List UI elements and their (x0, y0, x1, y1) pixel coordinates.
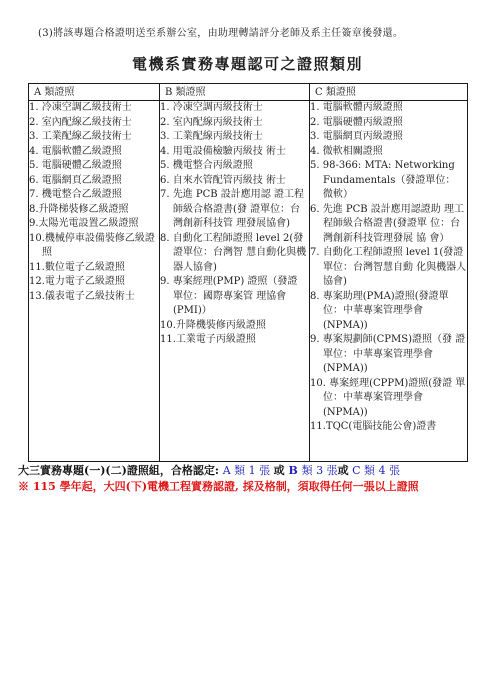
cert-item-b8: 8. 自動化工程師證照 level 2(發證單位：台灣智 慧自動化與機器人協會) (160, 232, 309, 276)
criteria-or-2: 或 (338, 464, 349, 477)
document-page: (3)將該專題合格證明送至系辦公室，由助理轉請評分老師及系主任簽章後發還。 電機… (0, 0, 495, 700)
cert-item-c1: 1. 電腦軟體丙級證照 (310, 101, 467, 116)
pass-criteria-line: 大三實務專題(一)(二)證照組，合格認定: A 類 1 張 或 B 類 3 張或… (18, 463, 488, 479)
criteria-c: C 類 4 張 (349, 464, 400, 477)
cert-item-c3: 3. 電腦網頁丙級證照 (310, 130, 467, 145)
cert-item-a12: 12.電力電子乙級證照 (29, 275, 159, 290)
criteria-b: 類 3 張 (302, 464, 338, 477)
cert-item-c9: 9. 專案規劃師(CPMS)證照（發 證單位：中華專案管理學會 (NPMA)) (310, 333, 467, 377)
cert-item-b7: 7. 先進 PCB 設計應用認 證工程師級合格證書(發 證單位：台灣創新科技管 … (160, 188, 309, 232)
column-header-c: C 類證照 (310, 84, 468, 101)
cert-item-c4: 4. 微軟相關證照 (310, 145, 467, 160)
cert-item-c2: 2. 電腦硬體丙級證照 (310, 116, 467, 131)
cert-item-c10: 10. 專案經理(CPPM)證照(發證 單位：中華專案管理學會 (NPMA)) (310, 377, 467, 421)
column-a-cell: 1. 冷凍空調乙級技術士 2. 室內配線乙級技術士 3. 工業配線乙級技術士 4… (29, 101, 160, 462)
column-header-b: B 類證照 (160, 84, 310, 101)
note-115-academic-year: ※ 115 學年起，大四(下)電機工程實務認證, 採及格制，須取得任何一張以上證… (18, 479, 488, 495)
criteria-a: A 類 1 張 (223, 464, 274, 477)
cert-item-b10: 10.升降機裝修丙級證照 (160, 319, 309, 334)
cert-item-b9: 9. 專案經理(PMP) 證照（發證 單位：國際專案管 理協會 (PMI)） (160, 275, 309, 319)
cert-item-a13: 13.儀表電子乙級技術士 (29, 290, 159, 305)
cert-item-b5: 5. 機電整合丙級證照 (160, 159, 309, 174)
cert-item-a3: 3. 工業配線乙級技術士 (29, 130, 159, 145)
cert-item-b2: 2. 室內配線丙級技術士 (160, 116, 309, 131)
cert-item-b1: 1. 冷凍空調丙級技術士 (160, 101, 309, 116)
cert-item-b6: 6. 自來水管配管丙級技 術士 (160, 174, 309, 189)
cert-item-a8: 8.升降梯裝修乙級證照 (29, 203, 159, 218)
column-c-cell: 1. 電腦軟體丙級證照 2. 電腦硬體丙級證照 3. 電腦網頁丙級證照 4. 微… (310, 101, 468, 462)
column-b-cell: 1. 冷凍空調丙級技術士 2. 室內配線丙級技術士 3. 工業配線丙級技術士 4… (160, 101, 310, 462)
cert-item-a2: 2. 室內配線乙級技術士 (29, 116, 159, 131)
cert-item-c11: 11.TQC(電腦技能公會)證書 (310, 420, 467, 435)
table-header-row: A 類證照 B 類證照 C 類證照 (29, 84, 468, 101)
cert-item-c6: 6. 先進 PCB 設計應用認證助 理工程師級合格證書(發證單 位：台灣創新科技… (310, 203, 467, 247)
cert-item-a9: 9.太陽光電設置乙級證照 (29, 217, 159, 232)
cert-item-c7: 7. 自動化工程師證照 level 1(發證單位：台灣智慧自動 化與機器人協會) (310, 246, 467, 290)
table-body-row: 1. 冷凍空調乙級技術士 2. 室內配線乙級技術士 3. 工業配線乙級技術士 4… (29, 101, 468, 462)
cert-item-c5: 5. 98-366: MTA: Networking Fundamentals（… (310, 159, 467, 203)
certificate-category-table: A 類證照 B 類證照 C 類證照 1. 冷凍空調乙級技術士 2. 室內配線乙級… (28, 83, 468, 462)
cert-item-a5: 5. 電腦硬體乙級證照 (29, 159, 159, 174)
cert-item-a1: 1. 冷凍空調乙級技術士 (29, 101, 159, 116)
cert-item-b11: 11.工業電子丙級證照 (160, 333, 309, 348)
cert-item-a10: 10.機械停車設備裝修乙級證照 (29, 232, 159, 261)
criteria-or-1: 或 (274, 464, 289, 477)
intro-note: (3)將該專題合格證明送至系辦公室，由助理轉請評分老師及系主任簽章後發還。 (38, 27, 468, 40)
cert-item-b4: 4. 用電設備檢驗丙級技 術士 (160, 145, 309, 160)
criteria-b-letter: B (289, 464, 302, 477)
column-header-a: A 類證照 (29, 84, 160, 101)
cert-item-a11: 11.數位電子乙級證照 (29, 261, 159, 276)
cert-item-a7: 7. 機電整合乙級證照 (29, 188, 159, 203)
cert-item-a4: 4. 電腦軟體乙級證照 (29, 145, 159, 160)
cert-item-c8: 8. 專案助理(PMA)證照(發證單 位：中華專案管理學會 (NPMA)) (310, 290, 467, 334)
criteria-label: 大三實務專題(一)(二)證照組，合格認定: (18, 464, 223, 477)
page-title: 電機系實務專題認可之證照類別 (28, 53, 467, 74)
cert-item-b3: 3. 工業配線丙級技術士 (160, 130, 309, 145)
cert-item-a6: 6. 電腦網頁乙級證照 (29, 174, 159, 189)
